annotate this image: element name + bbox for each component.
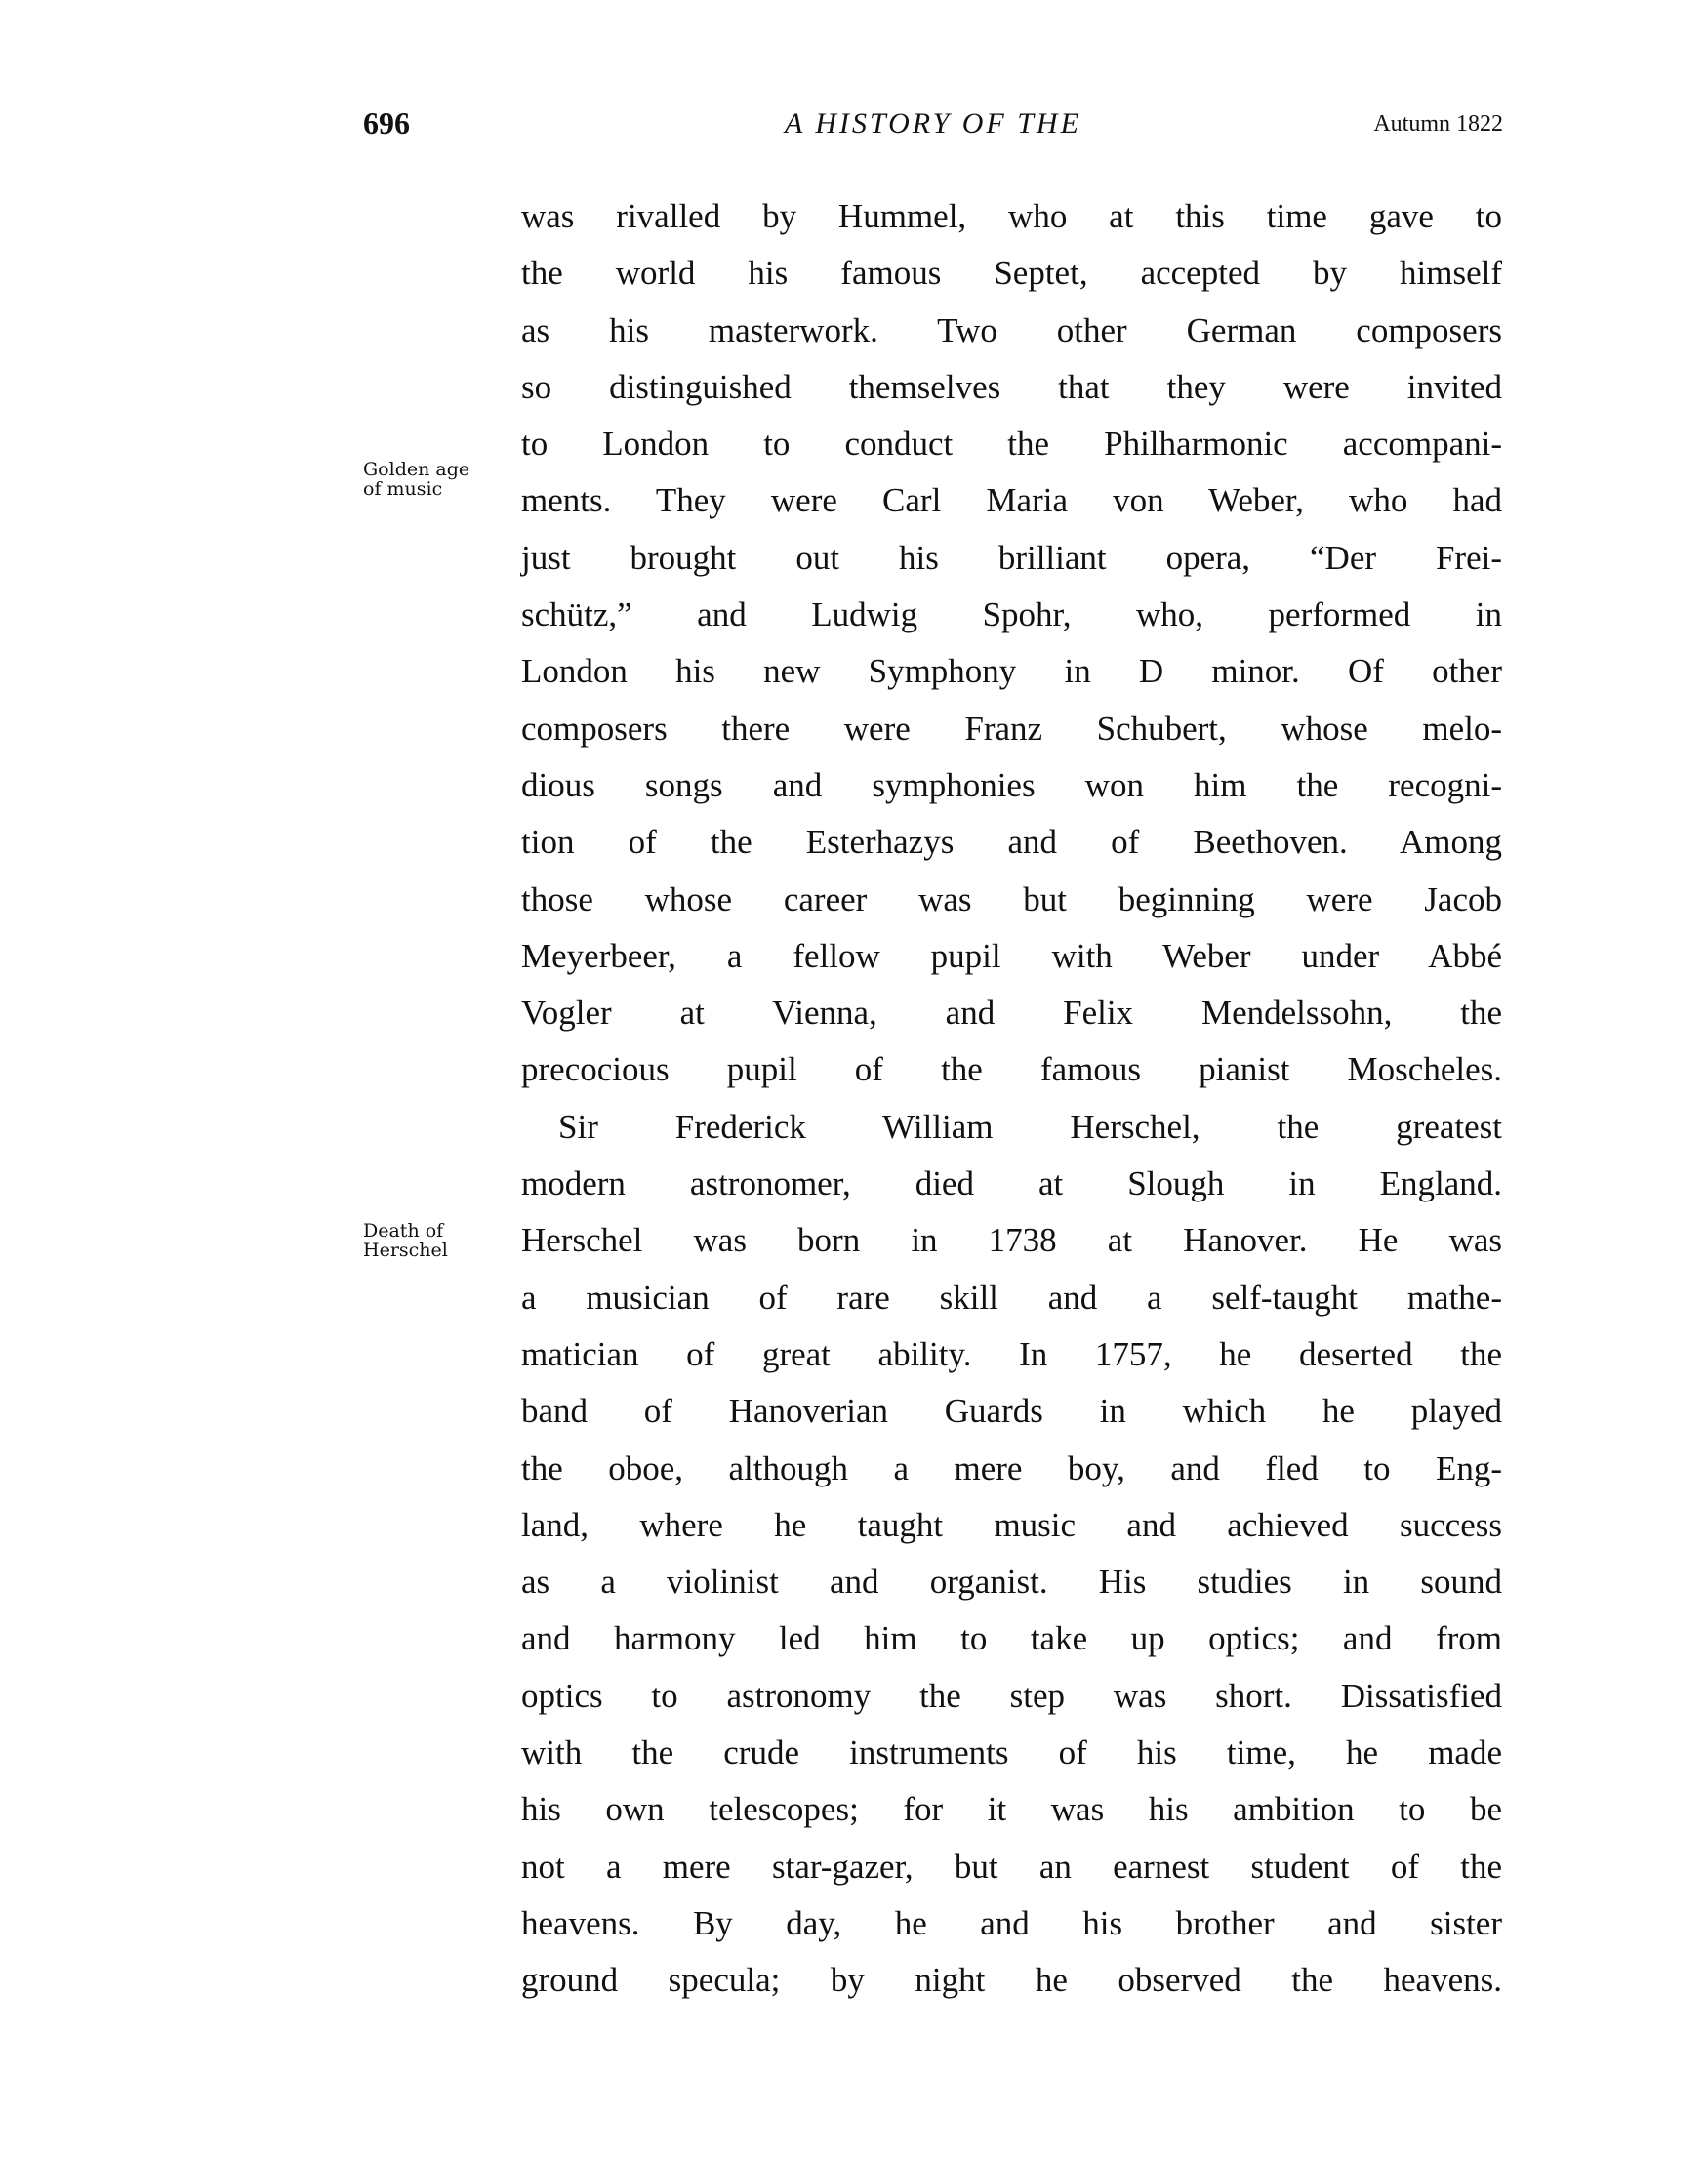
- text-line: Vogler at Vienna, and Felix Mendelssohn,…: [521, 985, 1502, 1041]
- text-line: dious songs and symphonies won him the r…: [521, 757, 1502, 814]
- text-line: just brought out his brilliant opera, “D…: [521, 530, 1502, 587]
- text-line: matician of great ability. In 1757, he d…: [521, 1326, 1502, 1383]
- text-line: London his new Symphony in D minor. Of o…: [521, 643, 1502, 700]
- margin-note-line: Golden age: [363, 459, 469, 480]
- text-line: optics to astronomy the step was short. …: [521, 1668, 1502, 1725]
- text-line: heavens. By day, he and his brother and …: [521, 1895, 1502, 1952]
- text-line: land, where he taught music and achieved…: [521, 1497, 1502, 1554]
- text-line: ground specula; by night he observed the…: [521, 1952, 1502, 2009]
- margin-note-line: Death of: [363, 1220, 448, 1242]
- running-title: A HISTORY OF THE: [363, 107, 1503, 141]
- margin-note-death-of-herschel: Death of Herschel: [363, 1220, 448, 1261]
- page-header: 696 A HISTORY OF THE Autumn 1822: [363, 105, 1503, 148]
- text-line: those whose career was but beginning wer…: [521, 872, 1502, 928]
- text-line: a musician of rare skill and a self-taug…: [521, 1270, 1502, 1326]
- text-line: band of Hanoverian Guards in which he pl…: [521, 1383, 1502, 1440]
- text-line: modern astronomer, died at Slough in Eng…: [521, 1156, 1502, 1212]
- text-line: the oboe, although a mere boy, and fled …: [521, 1441, 1502, 1497]
- text-line: his own telescopes; for it was his ambit…: [521, 1781, 1502, 1838]
- text-line: ments. They were Carl Maria von Weber, w…: [521, 472, 1502, 529]
- text-line: tion of the Esterhazys and of Beethoven.…: [521, 814, 1502, 871]
- text-line: as his masterwork. Two other German comp…: [521, 303, 1502, 359]
- margin-note-line: Herschel: [363, 1240, 448, 1261]
- text-line: not a mere star-gazer, but an earnest st…: [521, 1839, 1502, 1895]
- text-line: Herschel was born in 1738 at Hanover. He…: [521, 1212, 1502, 1269]
- text-line: Meyerbeer, a fellow pupil with Weber und…: [521, 928, 1502, 985]
- text-line: with the crude instruments of his time, …: [521, 1725, 1502, 1781]
- text-line: was rivalled by Hummel, who at this time…: [521, 188, 1502, 245]
- text-line: precocious pupil of the famous pianist M…: [521, 1041, 1502, 1098]
- margin-note-golden-age: Golden age of music: [363, 459, 469, 500]
- text-line: the world his famous Septet, accepted by…: [521, 245, 1502, 302]
- page-date: Autumn 1822: [1373, 111, 1503, 138]
- paragraph-start-line: Sir Frederick William Herschel, the grea…: [521, 1099, 1502, 1156]
- text-line: to London to conduct the Philharmonic ac…: [521, 416, 1502, 472]
- margin-note-line: of music: [363, 478, 469, 500]
- text-line: so distinguished themselves that they we…: [521, 359, 1502, 416]
- text-line: schütz,” and Ludwig Spohr, who, performe…: [521, 587, 1502, 643]
- body-text: was rivalled by Hummel, who at this time…: [521, 188, 1502, 2010]
- text-line: and harmony led him to take up optics; a…: [521, 1610, 1502, 1667]
- text-line: composers there were Franz Schubert, who…: [521, 701, 1502, 757]
- text-line: as a violinist and organist. His studies…: [521, 1554, 1502, 1610]
